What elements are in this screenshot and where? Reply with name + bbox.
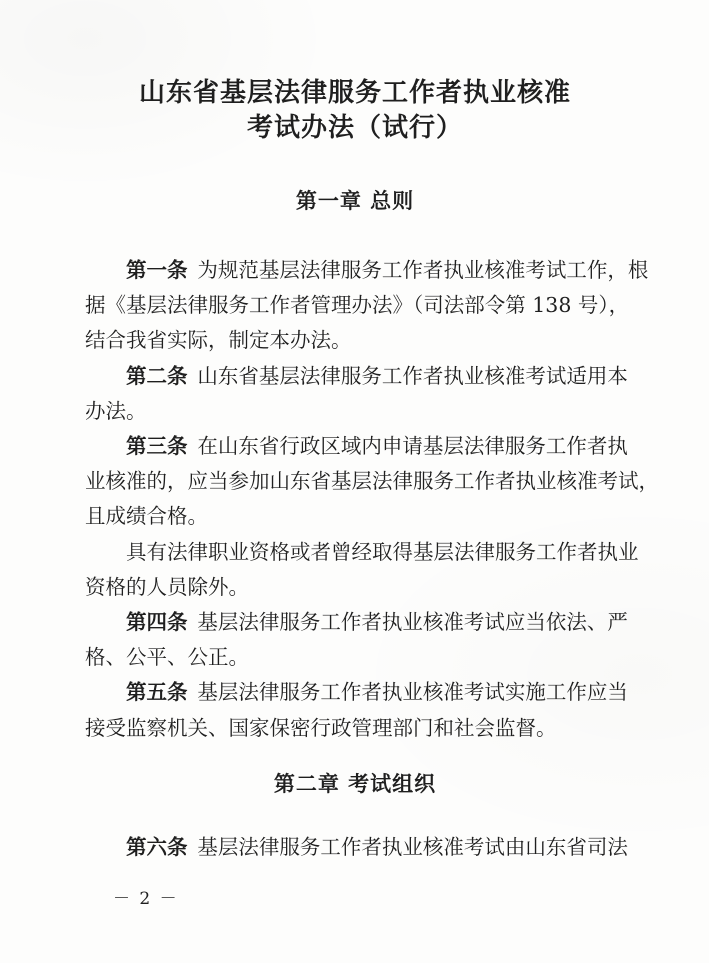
article-2-number: 第二条 <box>126 364 188 388</box>
chapter-2-body: 第六条基层法律服务工作者执业核准考试由山东省司法 <box>85 830 625 865</box>
text-line: 接受监察机关、国家保密行政管理部门和社会监督。 <box>85 711 625 746</box>
article-6-text: 基层法律服务工作者执业核准考试由山东省司法 <box>197 835 628 859</box>
document-content: 山东省基层法律服务工作者执业核准 考试办法（试行） 第一章 总则 第一条为规范基… <box>85 76 625 910</box>
text-line: 第一条为规范基层法律服务工作者执业核准考试工作，根 <box>85 253 625 288</box>
article-4-paragraph: 第四条基层法律服务工作者执业核准考试应当依法、严 格、公平、公正。 <box>85 605 625 675</box>
article-5-number: 第五条 <box>126 680 188 704</box>
chapter-2-heading: 第二章 考试组织 <box>85 769 625 799</box>
page-footer: － 2 － <box>85 888 625 910</box>
chapter-1-heading: 第一章 总则 <box>85 186 625 216</box>
text-line: 且成绩合格。 <box>85 499 625 534</box>
article-3-paragraph: 第三条在山东省行政区域内申请基层法律服务工作者执 业核准的，应当参加山东省基层法… <box>85 429 625 535</box>
text-line: 据《基层法律服务工作者管理办法》（司法部令第 138 号）， <box>85 288 625 323</box>
chapter-1-body: 第一条为规范基层法律服务工作者执业核准考试工作，根 据《基层法律服务工作者管理办… <box>85 253 625 746</box>
article-6-number: 第六条 <box>126 835 188 859</box>
title-line-2: 考试办法（试行） <box>85 111 625 146</box>
text-line: 第三条在山东省行政区域内申请基层法律服务工作者执 <box>85 429 625 464</box>
article-2-text: 山东省基层法律服务工作者执业核准考试适用本 <box>197 364 628 388</box>
text-line: 业核准的，应当参加山东省基层法律服务工作者执业核准考试， <box>85 464 625 499</box>
article-3-exception-paragraph: 具有法律职业资格或者曾经取得基层法律服务工作者执业 资格的人员除外。 <box>85 535 625 605</box>
text-line: 第五条基层法律服务工作者执业核准考试实施工作应当 <box>85 675 625 710</box>
text-line: 第六条基层法律服务工作者执业核准考试由山东省司法 <box>85 830 625 865</box>
article-3-text: 在山东省行政区域内申请基层法律服务工作者执 <box>197 434 628 458</box>
text-line: 第二条山东省基层法律服务工作者执业核准考试适用本 <box>85 359 625 394</box>
title-line-1: 山东省基层法律服务工作者执业核准 <box>85 76 625 111</box>
document-title: 山东省基层法律服务工作者执业核准 考试办法（试行） <box>85 76 625 146</box>
article-6-paragraph: 第六条基层法律服务工作者执业核准考试由山东省司法 <box>85 830 625 865</box>
article-1-number: 第一条 <box>126 258 188 282</box>
text-line: 资格的人员除外。 <box>85 570 625 605</box>
article-3-number: 第三条 <box>126 434 188 458</box>
article-5-paragraph: 第五条基层法律服务工作者执业核准考试实施工作应当 接受监察机关、国家保密行政管理… <box>85 675 625 745</box>
text-line: 第四条基层法律服务工作者执业核准考试应当依法、严 <box>85 605 625 640</box>
article-4-text: 基层法律服务工作者执业核准考试应当依法、严 <box>197 610 628 634</box>
text-line: 具有法律职业资格或者曾经取得基层法律服务工作者执业 <box>85 535 625 570</box>
document-page: 山东省基层法律服务工作者执业核准 考试办法（试行） 第一章 总则 第一条为规范基… <box>0 0 709 963</box>
text-line: 办法。 <box>85 394 625 429</box>
article-5-text: 基层法律服务工作者执业核准考试实施工作应当 <box>197 680 628 704</box>
article-2-paragraph: 第二条山东省基层法律服务工作者执业核准考试适用本 办法。 <box>85 359 625 429</box>
text-line: 结合我省实际，制定本办法。 <box>85 323 625 358</box>
page-number: － 2 － <box>113 889 179 909</box>
article-4-number: 第四条 <box>126 610 188 634</box>
text-line: 格、公平、公正。 <box>85 640 625 675</box>
article-1-paragraph: 第一条为规范基层法律服务工作者执业核准考试工作，根 据《基层法律服务工作者管理办… <box>85 253 625 359</box>
article-1-text: 为规范基层法律服务工作者执业核准考试工作，根 <box>197 258 648 282</box>
